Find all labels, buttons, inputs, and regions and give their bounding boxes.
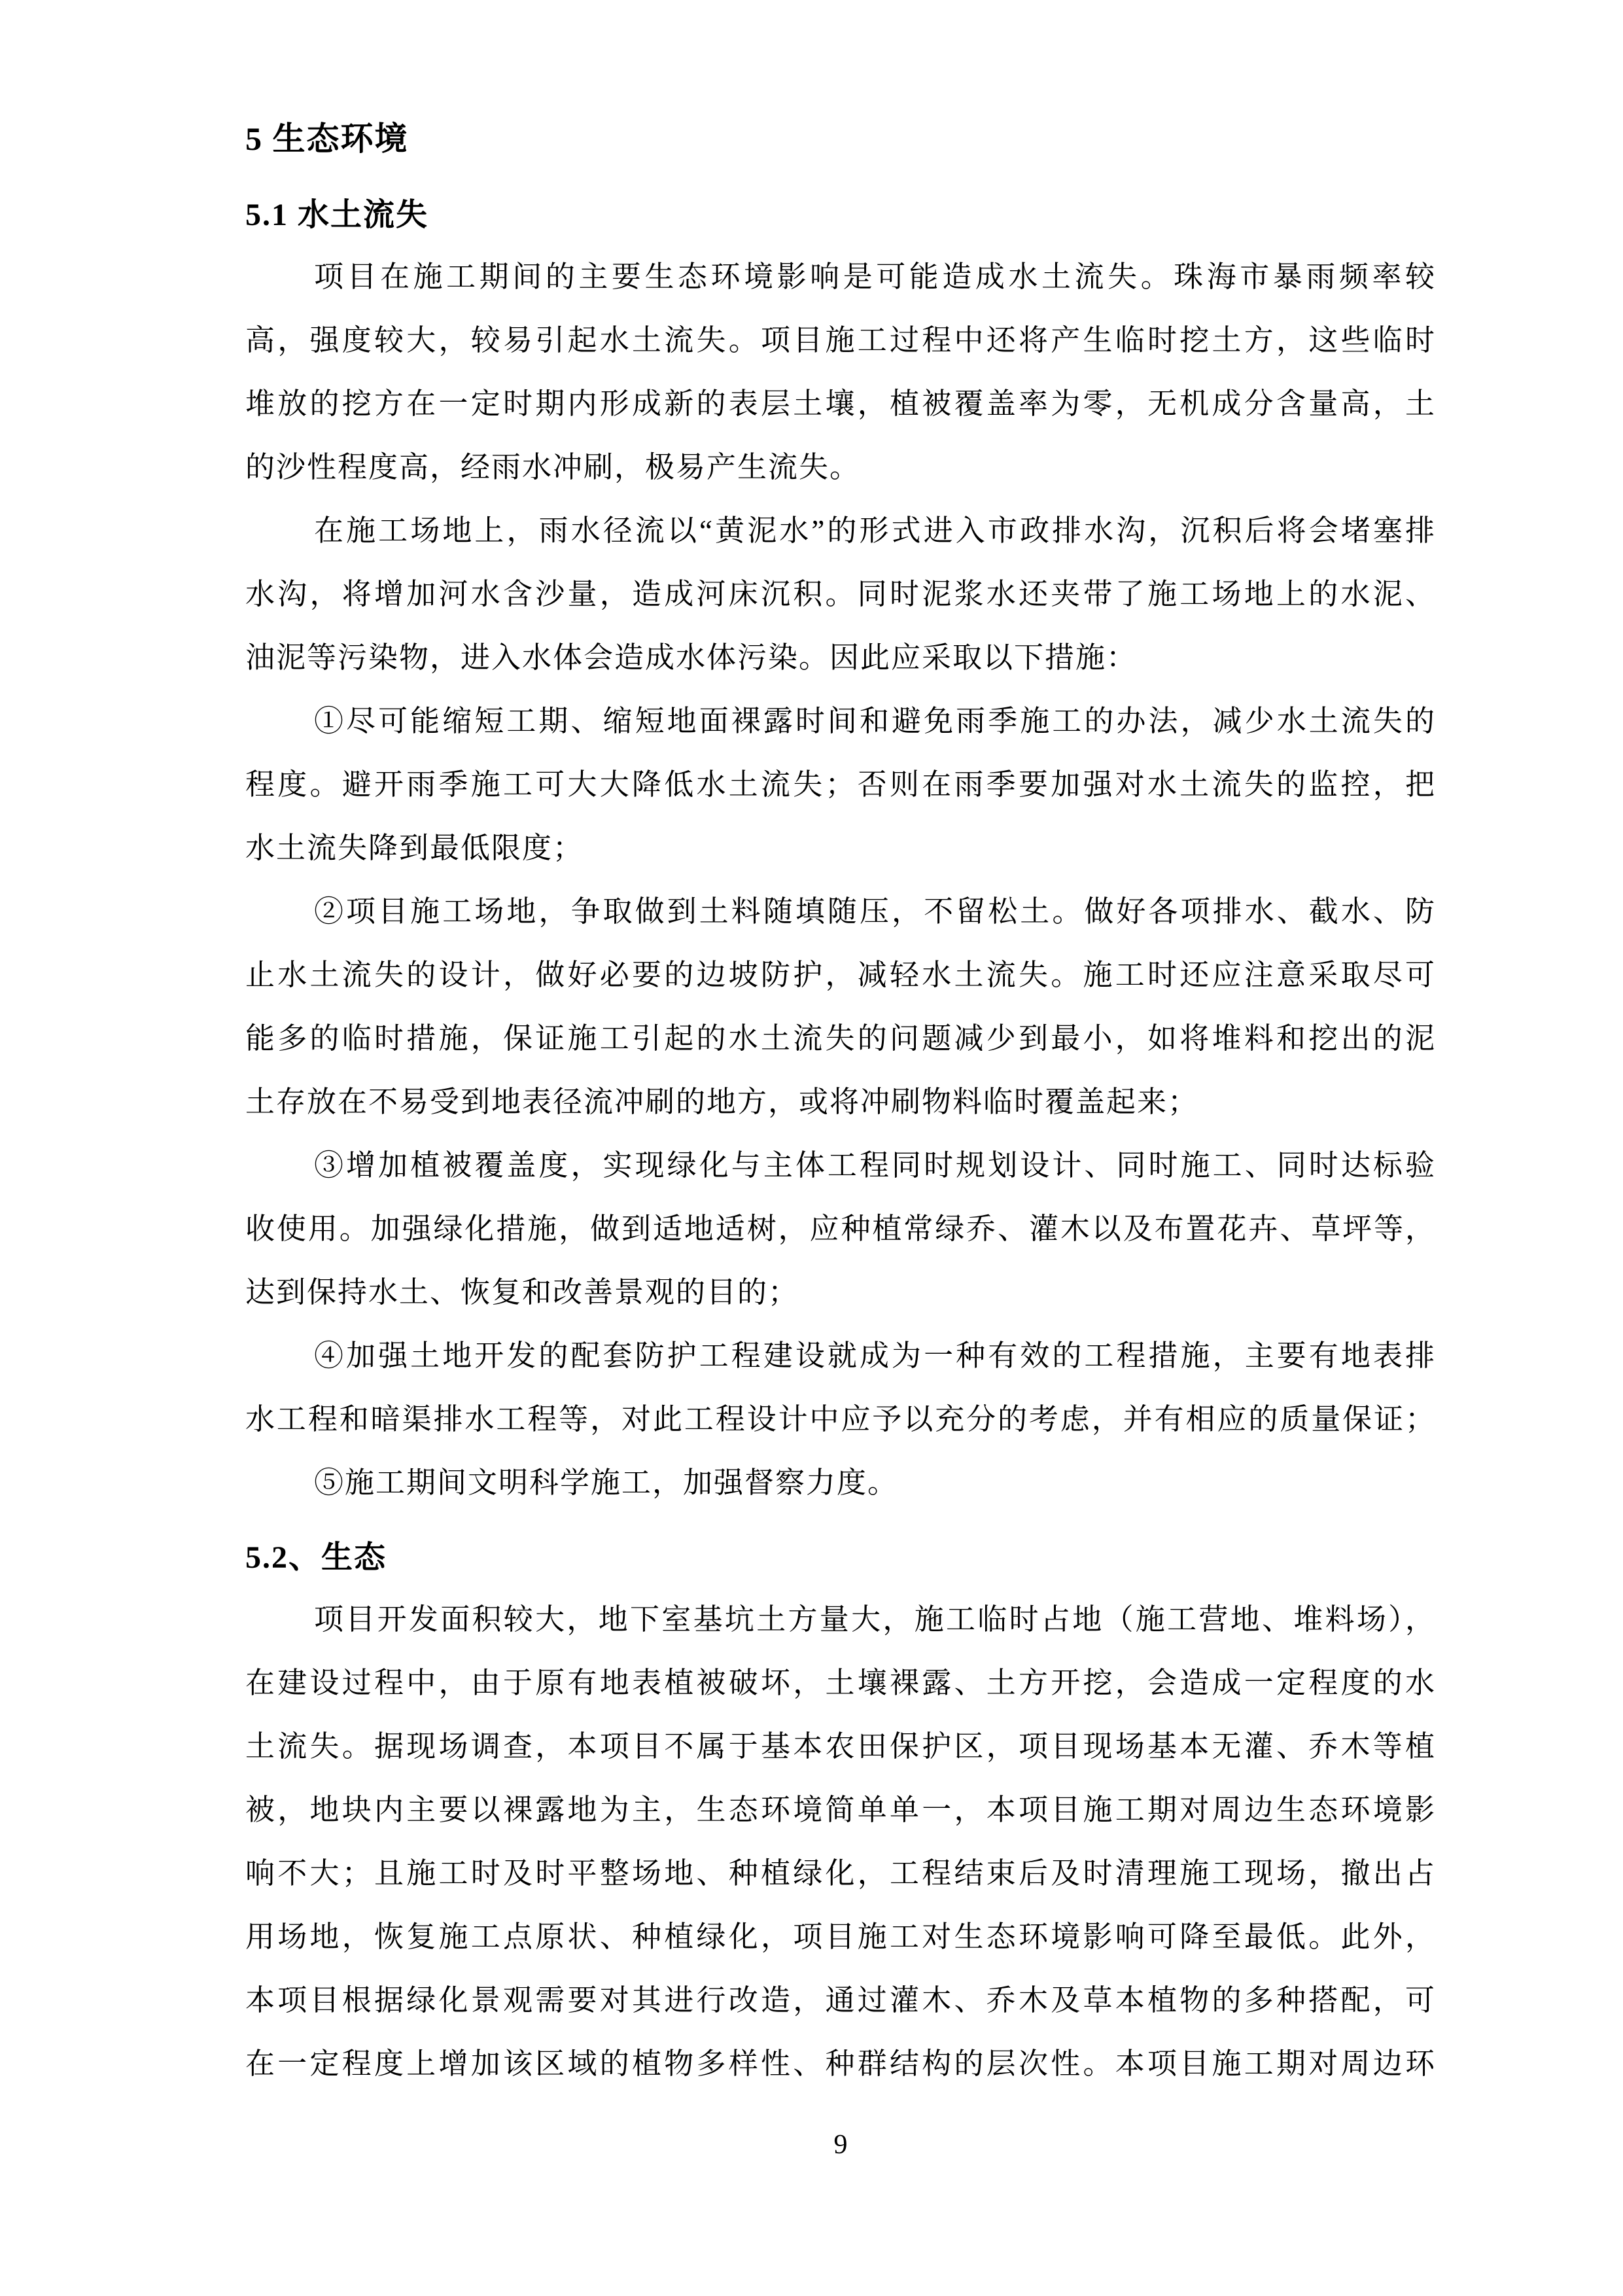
paragraph-line: 用场地，恢复施工点原状、种植绿化，项目施工对生态环境影响可降至最低。此外，	[245, 1905, 1436, 1969]
paragraph-line: ④加强土地开发的配套防护工程建设就成为一种有效的工程措施，主要有地表排	[245, 1324, 1436, 1388]
paragraph-line: 项目开发面积较大，地下室基坑土方量大，施工临时占地（施工营地、堆料场），	[245, 1588, 1436, 1651]
paragraph-line: 响不大；且施工时及时平整场地、种植绿化，工程结束后及时清理施工现场，撤出占	[245, 1842, 1436, 1905]
paragraph: 在施工场地上，雨水径流以“黄泥水”的形式进入市政排水沟，沉积后将会堵塞排水沟，将…	[245, 499, 1436, 690]
paragraph-line: 止水土流失的设计，做好必要的边坡防护，减轻水土流失。施工时还应注意采取尽可	[245, 944, 1436, 1007]
paragraph-line: 高，强度较大，较易引起水土流失。项目施工过程中还将产生临时挖土方，这些临时	[245, 309, 1436, 372]
document-page: 5 生态环境5.1 水土流失项目在施工期间的主要生态环境影响是可能造成水土流失。…	[0, 0, 1623, 2296]
paragraph-line: ①尽可能缩短工期、缩短地面裸露时间和避免雨季施工的办法，减少水土流失的	[245, 690, 1436, 753]
paragraph-line: ⑤施工期间文明科学施工，加强督察力度。	[245, 1451, 1436, 1515]
paragraph-line: 收使用。加强绿化措施，做到适地适树，应种植常绿乔、灌木以及布置花卉、草坪等，	[245, 1197, 1436, 1261]
paragraph-line: 被，地块内主要以裸露地为主，生态环境简单单一，本项目施工期对周边生态环境影	[245, 1778, 1436, 1842]
paragraph-line: 土存放在不易受到地表径流冲刷的地方，或将冲刷物料临时覆盖起来；	[245, 1070, 1436, 1134]
paragraph: ①尽可能缩短工期、缩短地面裸露时间和避免雨季施工的办法，减少水土流失的程度。避开…	[245, 690, 1436, 880]
paragraph-line: 项目在施工期间的主要生态环境影响是可能造成水土流失。珠海市暴雨频率较	[245, 245, 1436, 309]
paragraph: ⑤施工期间文明科学施工，加强督察力度。	[245, 1451, 1436, 1515]
section-heading-soil-erosion: 5.1 水土流失	[245, 196, 1436, 235]
paragraph-line: 水沟，将增加河水含沙量，造成河床沉积。同时泥浆水还夹带了施工场地上的水泥、	[245, 563, 1436, 626]
paragraph-line: 在建设过程中，由于原有地表植被破坏，土壤裸露、土方开挖，会造成一定程度的水	[245, 1651, 1436, 1715]
paragraph: ②项目施工场地，争取做到土料随填随压，不留松土。做好各项排水、截水、防止水土流失…	[245, 880, 1436, 1134]
chapter-heading: 5 生态环境	[245, 118, 1436, 160]
paragraph-line: 在一定程度上增加该区域的植物多样性、种群结构的层次性。本项目施工期对周边环	[245, 2032, 1436, 2096]
section-heading-ecology: 5.2、生态	[245, 1538, 1436, 1578]
paragraph: ④加强土地开发的配套防护工程建设就成为一种有效的工程措施，主要有地表排水工程和暗…	[245, 1324, 1436, 1451]
paragraph: 项目开发面积较大，地下室基坑土方量大，施工临时占地（施工营地、堆料场），在建设过…	[245, 1588, 1436, 2096]
paragraph-line: ③增加植被覆盖度，实现绿化与主体工程同时规划设计、同时施工、同时达标验	[245, 1134, 1436, 1197]
document-content: 5 生态环境5.1 水土流失项目在施工期间的主要生态环境影响是可能造成水土流失。…	[245, 118, 1436, 2096]
paragraph-line: 水土流失降到最低限度；	[245, 817, 1436, 880]
page-number: 9	[245, 2125, 1436, 2164]
paragraph-line: 能多的临时措施，保证施工引起的水土流失的问题减少到最小，如将堆料和挖出的泥	[245, 1007, 1436, 1070]
paragraph-line: ②项目施工场地，争取做到土料随填随压，不留松土。做好各项排水、截水、防	[245, 880, 1436, 944]
paragraph-line: 堆放的挖方在一定时期内形成新的表层土壤，植被覆盖率为零，无机成分含量高，土	[245, 372, 1436, 436]
paragraph: ③增加植被覆盖度，实现绿化与主体工程同时规划设计、同时施工、同时达标验收使用。加…	[245, 1134, 1436, 1324]
paragraph-line: 油泥等污染物，进入水体会造成水体污染。因此应采取以下措施：	[245, 626, 1436, 690]
paragraph-line: 程度。避开雨季施工可大大降低水土流失；否则在雨季要加强对水土流失的监控，把	[245, 753, 1436, 817]
paragraph-line: 在施工场地上，雨水径流以“黄泥水”的形式进入市政排水沟，沉积后将会堵塞排	[245, 499, 1436, 563]
paragraph-line: 水工程和暗渠排水工程等，对此工程设计中应予以充分的考虑，并有相应的质量保证；	[245, 1388, 1436, 1451]
paragraph-line: 本项目根据绿化景观需要对其进行改造，通过灌木、乔木及草本植物的多种搭配，可	[245, 1969, 1436, 2032]
paragraph: 项目在施工期间的主要生态环境影响是可能造成水土流失。珠海市暴雨频率较高，强度较大…	[245, 245, 1436, 499]
paragraph-line: 的沙性程度高，经雨水冲刷，极易产生流失。	[245, 436, 1436, 499]
paragraph-line: 达到保持水土、恢复和改善景观的目的；	[245, 1261, 1436, 1324]
paragraph-line: 土流失。据现场调查，本项目不属于基本农田保护区，项目现场基本无灌、乔木等植	[245, 1715, 1436, 1778]
